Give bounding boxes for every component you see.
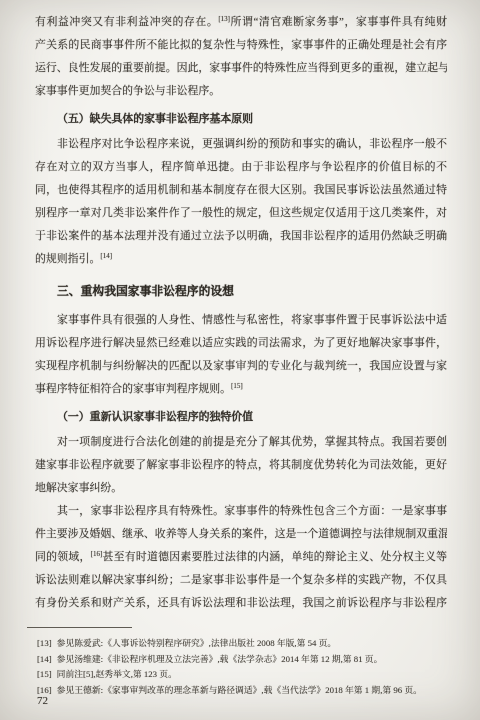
text-line: 有利益冲突又有非利益冲突的存在。[13]所谓“清官难断家务事”，家事事件具有纯财 — [35, 11, 447, 34]
text-line: 件主要涉及婚姻、继承、收养等人身关系的案件，这是一个道德调控与法律规制双重混 — [35, 523, 447, 546]
footnote-number: [16] — [37, 685, 52, 695]
footnote-text: 参见陈爱武:《人事诉讼特别程序研究》,法律出版社 2008 年版,第 54 页。 — [57, 638, 337, 648]
text-line: 存在对立的双方当事人，程序简单迅捷。由于非讼程序与争讼程序的价值目标的不 — [35, 156, 447, 179]
subheading-5: （五）缺失具体的家事非讼程序基本原则 — [35, 108, 447, 131]
text-line: 家事事件具有很强的人身性、情感性与私密性，将家事事件置于民事诉讼法中适 — [35, 309, 447, 332]
footnote-ref: [15] — [231, 382, 243, 390]
footnote-text: 同前注[5],赵秀举文,第 123 页。 — [57, 669, 177, 679]
footnote-number: [14] — [37, 654, 52, 664]
footnote-ref: [14] — [100, 252, 112, 260]
text-line: 地解决家事纠纷。 — [35, 477, 447, 500]
footnote-ref: [16] — [91, 550, 103, 558]
footnote-list: [13]参见陈爱武:《人事诉讼特别程序研究》,法律出版社 2008 年版,第 5… — [0, 628, 480, 698]
footnote-number: [13] — [37, 638, 52, 648]
text-line: 别程序一章对几类非讼案件作了一般性的规定，但这些规定仅适用于这几类案件，对 — [35, 202, 447, 225]
footnote-line: [13]参见陈爱武:《人事诉讼特别程序研究》,法律出版社 2008 年版,第 5… — [37, 636, 452, 652]
text-line: 有身份关系和财产关系，还具有诉讼法理和非讼法理，我国之前诉讼程序与非讼程序 — [35, 592, 447, 615]
text-line: 同，也使得其程序的适用机制和基本制度存在很大区别。我国民事诉讼法虽然通过特 — [35, 179, 447, 202]
text-line: 同的领域，[16]甚至有时道德因素要胜过法律的内涵，单纯的辩论主义、处分权主义等 — [35, 546, 447, 569]
article-body: 有利益冲突又有非利益冲突的存在。[13]所谓“清官难断家务事”，家事事件具有纯财… — [0, 0, 480, 615]
text-line: 家事事件更加契合的争讼与非讼程序。 — [35, 80, 447, 103]
footnote-text: 参见王德新:《家事审判改革的理念革新与路径调适》,载《当代法学》2018 年第 … — [57, 685, 422, 695]
text-line: 对一项制度进行合法化创建的前提是充分了解其优势，掌握其特点。我国若要创 — [35, 431, 447, 454]
text-line: 建家事非讼程序就要了解家事非讼程序的特点，将其制度优势转化为司法效能，更好 — [35, 454, 447, 477]
subheading-1: （一）重新认识家事非讼程序的独特价值 — [35, 406, 447, 429]
text-line: 非讼程序对比争讼程序来说，更强调纠纷的预防和事实的确认，非讼程序一般不 — [35, 133, 447, 156]
footnote-text: 参见汤维建:《非讼程序机理及立法完善》,载《法学杂志》2014 年第 12 期,… — [57, 654, 383, 664]
text-line: 的规则指引。[14] — [35, 248, 447, 271]
text-line: 产关系的民商事事件所不能比拟的复杂性与特殊性，家事事件的正确处理是社会有序 — [35, 34, 447, 57]
page-number: 72 — [37, 695, 48, 707]
footnote-line: [16]参见王德新:《家事审判改革的理念革新与路径调适》,载《当代法学》2018… — [37, 683, 452, 699]
section-heading-3: 三、重构我国家事非讼程序的设想 — [35, 280, 447, 303]
footnote-line: [14]参见汤维建:《非讼程序机理及立法完善》,载《法学杂志》2014 年第 1… — [37, 652, 452, 668]
footnote-number: [15] — [37, 669, 52, 679]
text-line: 其一，家事非讼程序具有特殊性。家事事件的特殊性包含三个方面：一是家事事 — [35, 500, 447, 523]
text-line: 实现程序机制与纠纷解决的匹配以及家事审判的专业化与裁判统一，我国应设置与家 — [35, 355, 447, 378]
footnote-ref: [13] — [218, 15, 230, 23]
paper-page: 有利益冲突又有非利益冲突的存在。[13]所谓“清官难断家务事”，家事事件具有纯财… — [0, 0, 480, 720]
text-line: 于非讼案件的基本法理并没有通过立法予以明确，我国非讼程序的适用仍然缺乏明确 — [35, 225, 447, 248]
text-line: 事程序特征相符合的家事审判程序规则。[15] — [35, 378, 447, 401]
text-line: 运行、良性发展的重要前提。因此，家事事件的特殊性应当得到更多的重视，建立起与 — [35, 57, 447, 80]
footnote-line: [15]同前注[5],赵秀举文,第 123 页。 — [37, 667, 452, 683]
text-line: 用诉讼程序进行解决显然已经难以适应实践的司法需求，为了更好地解决家事事件， — [35, 332, 447, 355]
text-line: 诉讼法则难以解决家事纠纷；二是家事非讼事件是一个复杂多样的实践产物，不仅具 — [35, 569, 447, 592]
